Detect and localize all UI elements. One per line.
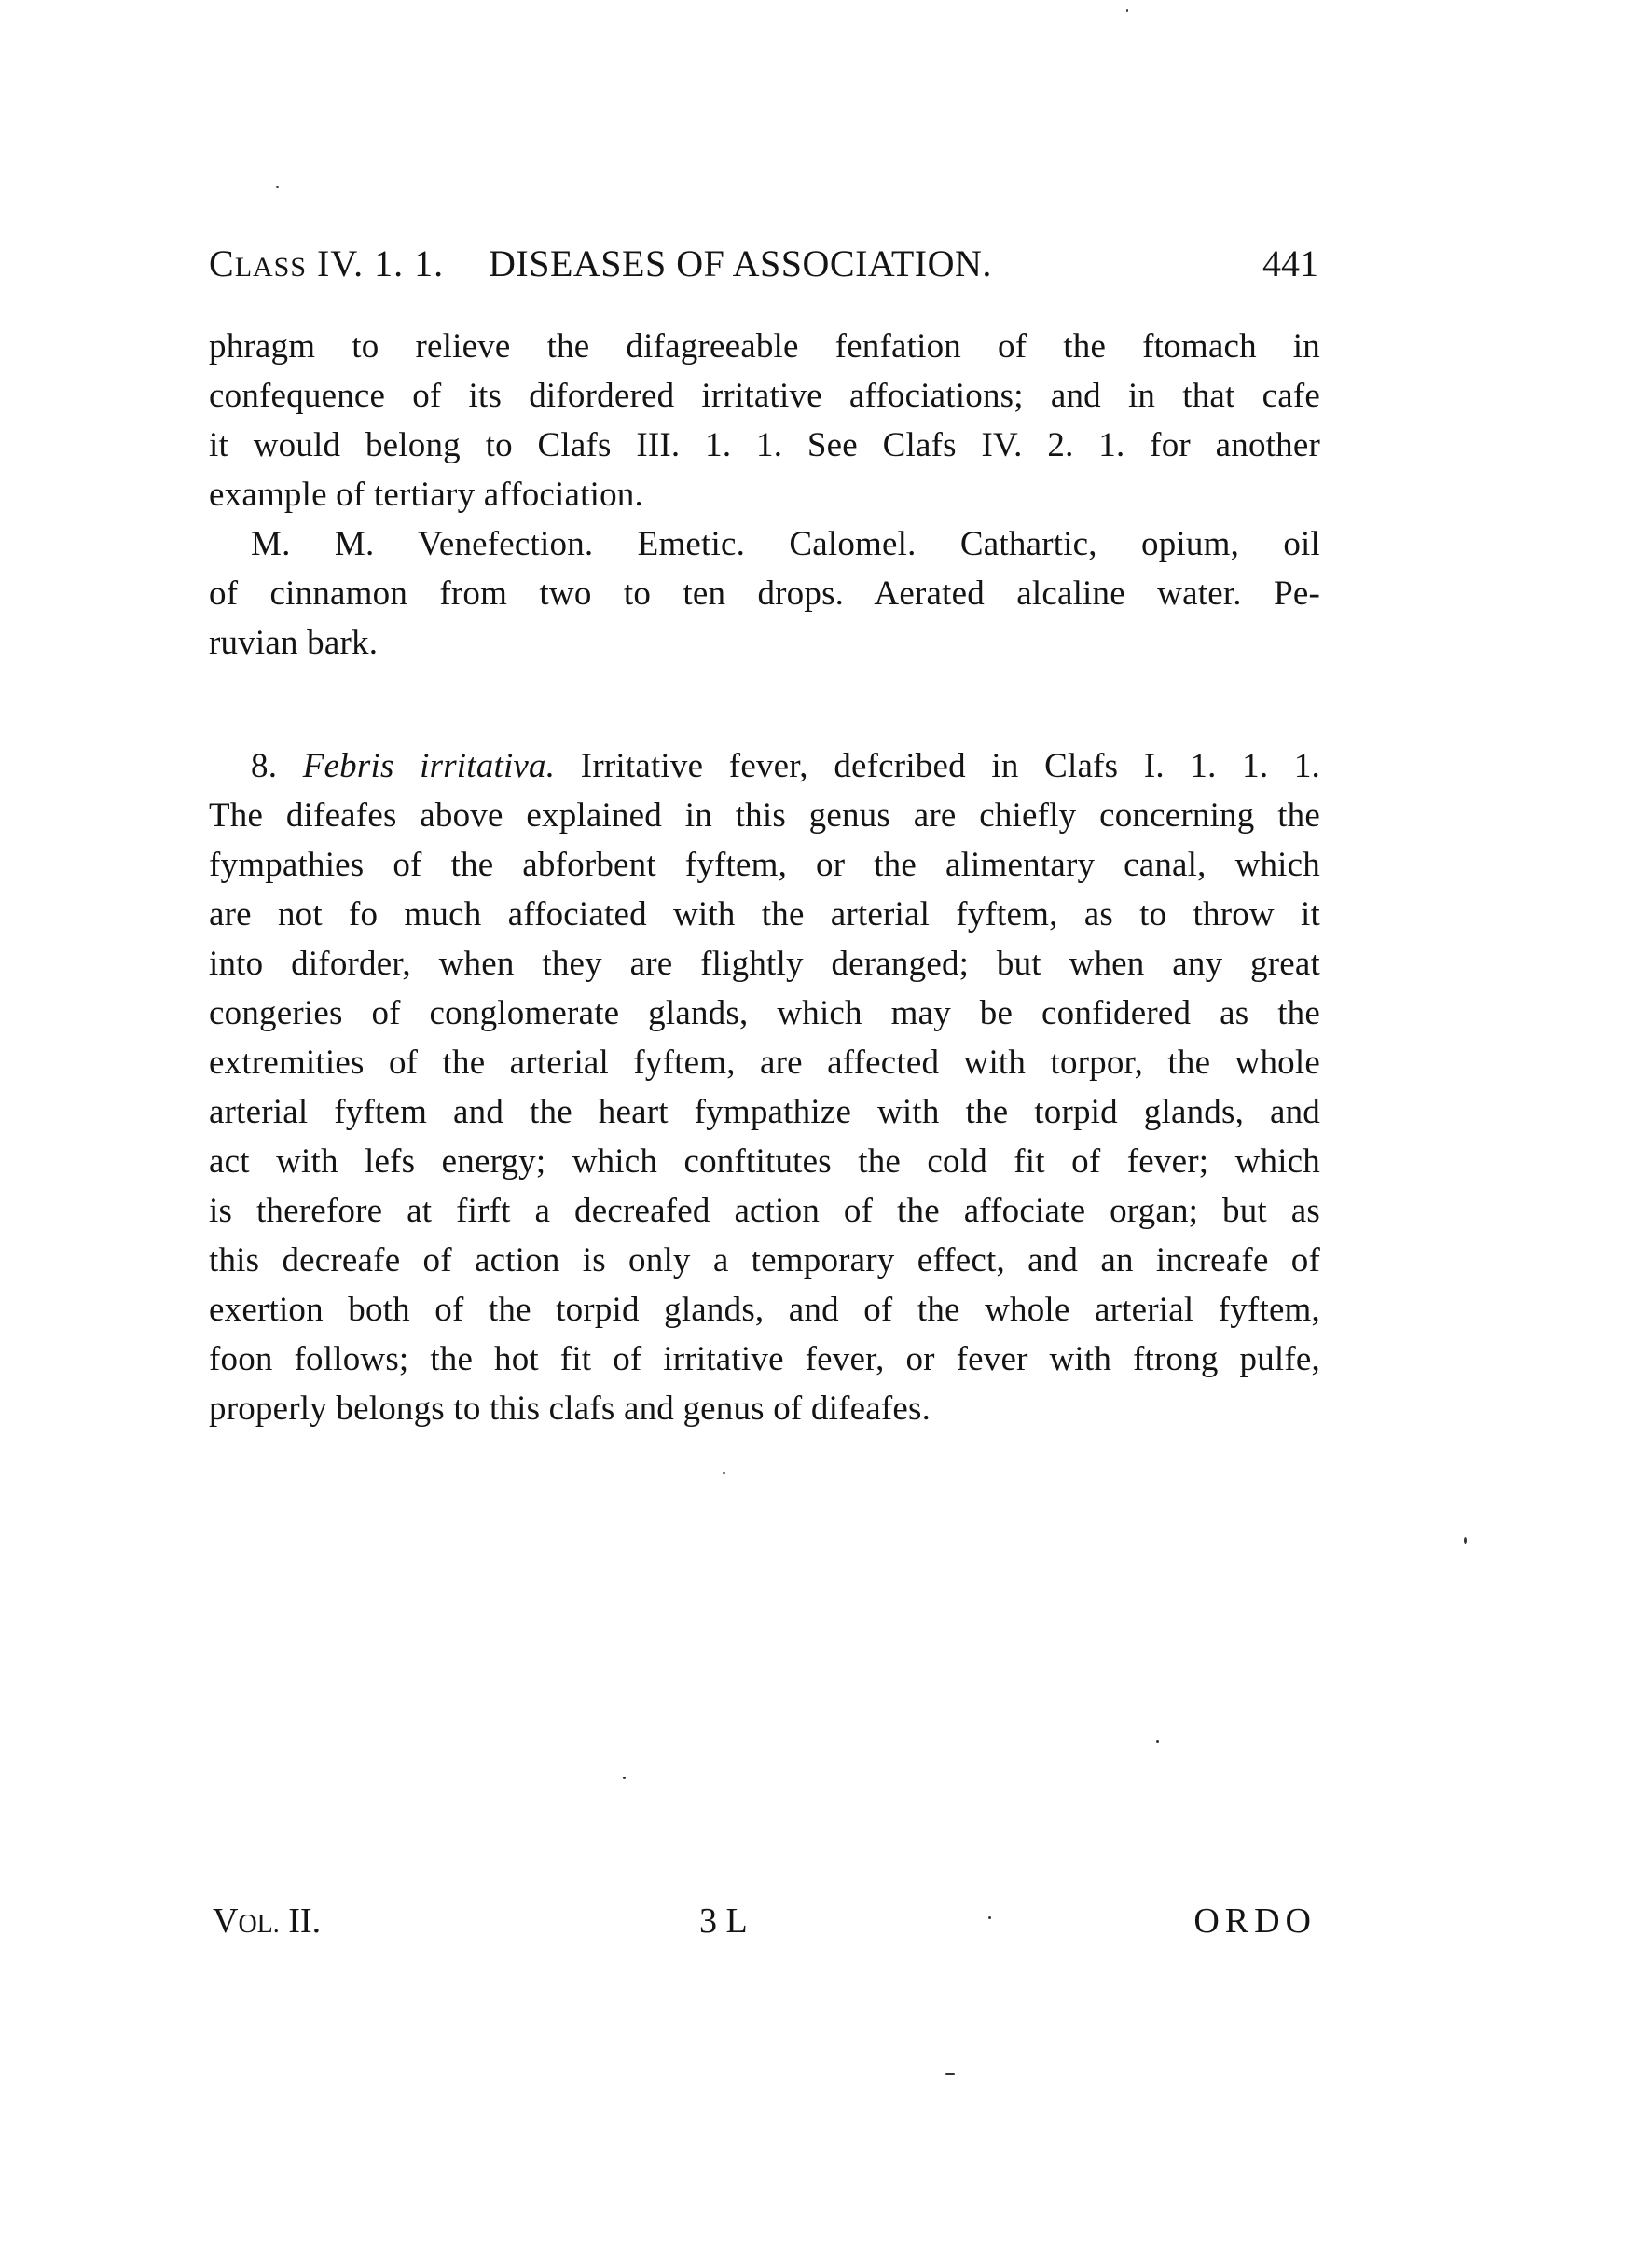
scan-speck <box>723 1472 725 1474</box>
text-line: it would belong to Clafs III. 1. 1. See … <box>209 421 1320 470</box>
class-reference: CLASS IV. 1. 1. <box>209 236 444 296</box>
text-line: of cinnamon from two to ten drops. Aerat… <box>209 569 1320 618</box>
text-line: this decreafe of action is only a tempor… <box>209 1236 1320 1285</box>
text-line: is therefore at firft a decreafed action… <box>209 1186 1320 1236</box>
text-line: arterial fyftem and the heart fympathize… <box>209 1087 1320 1137</box>
volume-smallcaps: OL. <box>238 1910 279 1939</box>
text-line: into diforder, when they are flightly de… <box>209 939 1320 989</box>
book-page: CLASS IV. 1. 1. DISEASES OF ASSOCIATION.… <box>0 0 1641 2268</box>
signature-mark: 3 L <box>699 1893 748 1949</box>
body-text: phragm to relieve the difagreeable fenfa… <box>209 322 1320 1433</box>
text-line: foon follows; the hot fit of irritative … <box>209 1335 1320 1384</box>
scan-speck <box>1156 1740 1159 1743</box>
volume-number: II. <box>288 1902 321 1941</box>
class-label-initial: C <box>209 242 235 284</box>
class-label-smallcaps: LASS <box>235 252 307 283</box>
paragraph-continuation: phragm to relieve the difagreeable fenfa… <box>209 322 1320 519</box>
text-line: The difeafes above explained in this gen… <box>209 791 1320 840</box>
volume-initial: V <box>213 1902 238 1941</box>
latin-term: Febris irritativa. <box>303 747 555 785</box>
paragraph-gap <box>209 668 1320 741</box>
section-number: 8. <box>251 747 277 785</box>
catchword: ORDO <box>1193 1893 1317 1949</box>
scan-speck <box>276 186 279 188</box>
volume-label: VOL. II. <box>213 1893 321 1953</box>
page-footer: VOL. II. 3 L ORDO <box>209 1893 1320 1949</box>
page-number: 441 <box>1262 236 1318 292</box>
text-line: properly belongs to this clafs and genus… <box>209 1384 1320 1433</box>
paragraph-materia-medica: M. M. Venefection. Emetic. Calomel. Cath… <box>209 519 1320 668</box>
text-line: fympathies of the abforbent fyftem, or t… <box>209 840 1320 890</box>
text-line: phragm to relieve the difagreeable fenfa… <box>209 322 1320 371</box>
text-line: are not fo much affociated with the arte… <box>209 890 1320 939</box>
scan-speck <box>623 1777 626 1779</box>
text-line: congeries of conglomerate glands, which … <box>209 989 1320 1038</box>
text-line: exertion both of the torpid glands, and … <box>209 1285 1320 1335</box>
page-title: DISEASES OF ASSOCIATION. <box>489 236 992 292</box>
text-line: confequence of its difordered irritative… <box>209 371 1320 421</box>
text-line-heading: 8. Febris irritativa. Irritative fever, … <box>209 741 1320 791</box>
scan-speck <box>988 1916 991 1919</box>
text-line: M. M. Venefection. Emetic. Calomel. Cath… <box>209 519 1320 569</box>
text-line: example of tertiary affociation. <box>209 470 1320 519</box>
scan-speck <box>945 2073 955 2075</box>
text-line: act with lefs energy; which conftitutes … <box>209 1137 1320 1186</box>
scan-speck <box>1126 9 1128 12</box>
running-head: CLASS IV. 1. 1. DISEASES OF ASSOCIATION.… <box>209 236 1328 292</box>
text-line: ruvian bark. <box>209 618 1320 668</box>
text-line: extremities of the arterial fyftem, are … <box>209 1038 1320 1087</box>
scan-speck <box>1464 1537 1467 1544</box>
class-ref-number: IV. 1. 1. <box>317 242 444 284</box>
paragraph-febris-irritativa: 8. Febris irritativa. Irritative fever, … <box>209 741 1320 1433</box>
section-description: Irritative fever, defcribed in Clafs I. … <box>581 747 1320 785</box>
